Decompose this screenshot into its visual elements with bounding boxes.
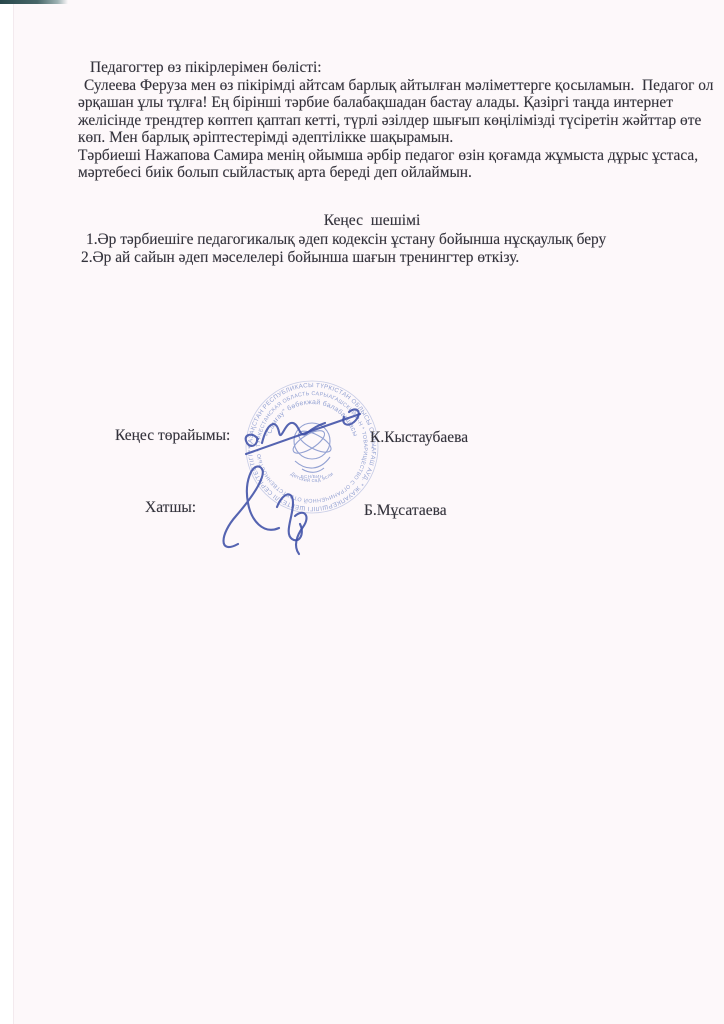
- opinions-paragraph: Педагогтер өз пікірлерімен бөлісті: Суле…: [78, 59, 692, 182]
- text-line: желісінде трендтер көптеп қаптап кетті, …: [78, 112, 692, 130]
- text-line: Тәрбиеші Нажапова Самира менің ойымша әр…: [78, 147, 692, 165]
- decision-list: 1.Әр тәрбиешіге педагогикалық әдеп кодек…: [81, 231, 681, 266]
- text-line: мәртебесі биік болып сыйластық арта бере…: [78, 164, 692, 182]
- decision-heading: Кеңес шешімі: [40, 212, 704, 230]
- secretary-signature: [224, 466, 307, 554]
- scan-edge-strip: [0, 0, 14, 1024]
- chair-signature-name: К.Кыстаубаева: [370, 429, 468, 447]
- chair-signature-label: Кеңес төрайымы:: [115, 427, 230, 445]
- decision-item: 1.Әр тәрбиешіге педагогикалық әдеп кодек…: [81, 231, 681, 249]
- text-line: Педагогтер өз пікірлерімен бөлісті:: [78, 59, 692, 77]
- secretary-signature-name: Б.Мұсатаева: [364, 502, 447, 520]
- chair-signature: [246, 409, 360, 454]
- text-line: әрқашан ұлы тұлға! Ең бірінші тәрбие бал…: [78, 94, 692, 112]
- decision-item: 2.Әр ай сайын әдеп мәселелері бойынша ша…: [81, 249, 681, 267]
- text-line: Сулеева Феруза мен өз пікірімді айтсам б…: [78, 77, 692, 95]
- text-line: көп. Мен барлық әріптестерімді әдептілік…: [78, 129, 692, 147]
- signatures-overlay: [200, 395, 410, 570]
- scan-artifact-line: [0, 0, 68, 4]
- secretary-signature-label: Хатшы:: [145, 499, 196, 517]
- scanned-document-page: Педагогтер өз пікірлерімен бөлісті: Суле…: [0, 0, 724, 1024]
